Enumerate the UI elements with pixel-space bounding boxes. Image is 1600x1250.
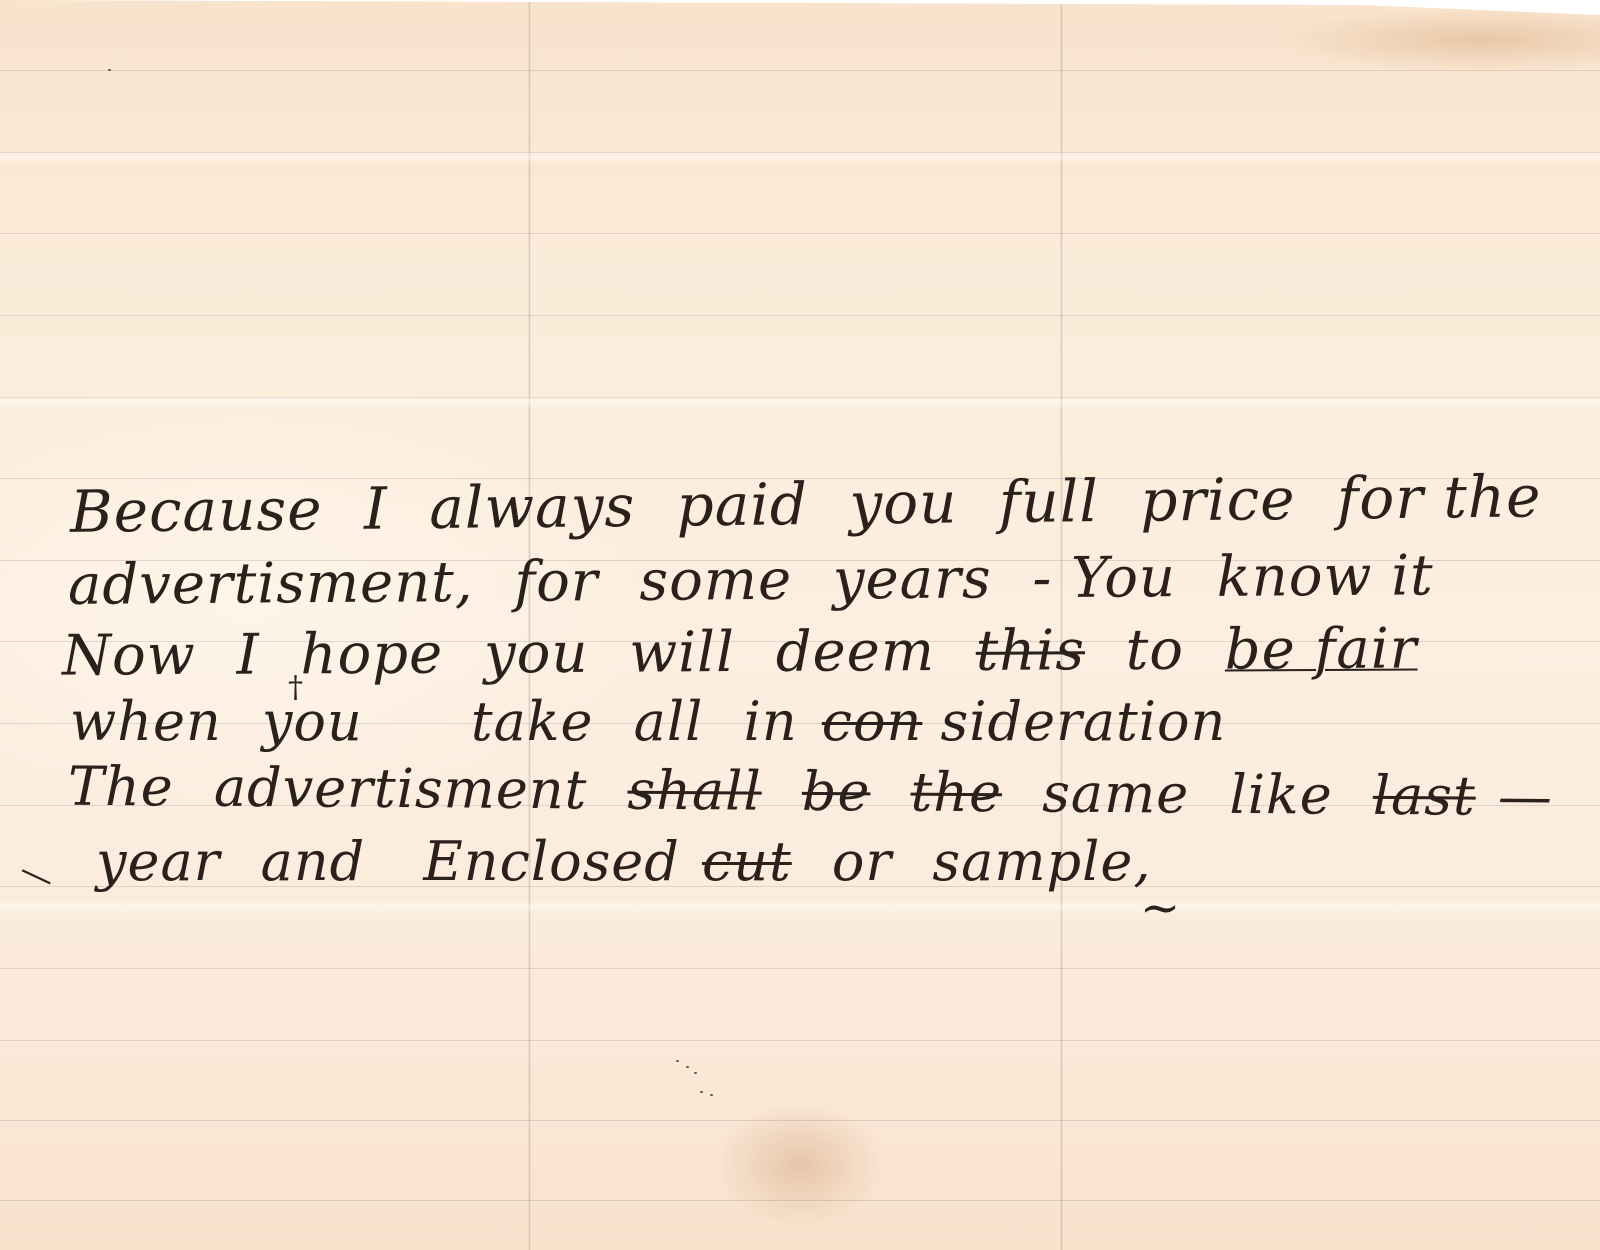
- word: like: [1229, 763, 1333, 827]
- ruled-line: [0, 1040, 1600, 1041]
- word: sideration: [941, 690, 1227, 753]
- word: and: [261, 830, 366, 893]
- word: same: [1042, 762, 1190, 826]
- left-margin-dash: —: [13, 850, 61, 901]
- word: I: [236, 623, 259, 688]
- word: all: [634, 690, 704, 753]
- struck-word: the: [910, 761, 1002, 825]
- ruled-line: [0, 1120, 1600, 1121]
- horizontal-fold-crease: [0, 150, 1600, 164]
- word: - You: [1032, 545, 1176, 611]
- word: you: [484, 621, 589, 687]
- word: paid: [676, 470, 808, 539]
- ink-speckle: [686, 1066, 689, 1068]
- word: know it: [1217, 543, 1434, 610]
- struck-word: last: [1373, 764, 1476, 828]
- word: year: [96, 830, 220, 893]
- struck-word: be: [802, 760, 871, 823]
- struck-word: this: [976, 618, 1086, 684]
- letter-line-1: Because I always paid you full price for…: [70, 462, 1564, 546]
- ruled-line: [0, 70, 1600, 71]
- word: you: [849, 469, 958, 538]
- word: advertisment,: [68, 550, 474, 618]
- word: hope: [300, 622, 443, 688]
- word: some: [639, 548, 792, 614]
- letter-paper: Because I always paid you full price for…: [0, 0, 1600, 1250]
- word: advertisment: [214, 756, 588, 822]
- word: The: [68, 755, 174, 819]
- word: Enclosed: [423, 830, 679, 893]
- word: always: [429, 472, 636, 542]
- word: you: [262, 690, 363, 753]
- word: sample,: [932, 830, 1151, 893]
- ink-speckle: [694, 1072, 697, 1074]
- ink-speckle: [676, 1060, 679, 1062]
- word: take: [471, 690, 594, 753]
- letter-line-5: The advertisment shall be the same like …: [68, 755, 1575, 829]
- end-squiggle-mark: ~: [1140, 880, 1180, 936]
- ruled-line: [0, 315, 1600, 316]
- horizontal-fold-crease: [0, 900, 1600, 914]
- ink-speckle: [700, 1091, 703, 1093]
- word: to: [1126, 618, 1185, 683]
- word: for: [514, 549, 599, 615]
- line-end-dash: —: [1498, 765, 1553, 828]
- letter-line-2: advertisment, for some years - You know …: [68, 543, 1456, 618]
- struck-word: shall: [627, 759, 762, 823]
- underlined-word: be fair: [1225, 617, 1418, 683]
- word: Now: [62, 623, 196, 689]
- letter-line-4: when you take all in con sideration: [70, 690, 1248, 753]
- word: deem: [776, 619, 936, 685]
- ruled-line: [0, 233, 1600, 234]
- struck-word: cut: [702, 830, 792, 893]
- word: for the: [1337, 462, 1542, 532]
- word: Because: [70, 475, 323, 546]
- ink-speckle: [710, 1094, 713, 1096]
- ink-speckle: [108, 69, 111, 71]
- word: full: [999, 467, 1100, 536]
- ruled-line: [0, 1200, 1600, 1201]
- word: when: [70, 690, 222, 753]
- insertion-mark: †: [288, 670, 303, 705]
- word: in: [744, 690, 798, 753]
- struck-word: con: [822, 690, 923, 753]
- word: years: [833, 546, 992, 612]
- letter-line-6: year and Enclosed cut or sample,: [96, 830, 1174, 893]
- ruled-line: [0, 968, 1600, 969]
- word: price: [1140, 465, 1296, 535]
- letter-line-3: Now I hope you will deem this to be fair: [62, 616, 1440, 688]
- word: will: [629, 620, 735, 686]
- horizontal-fold-crease: [0, 395, 1600, 409]
- word: I: [364, 474, 389, 542]
- word: or: [832, 830, 892, 893]
